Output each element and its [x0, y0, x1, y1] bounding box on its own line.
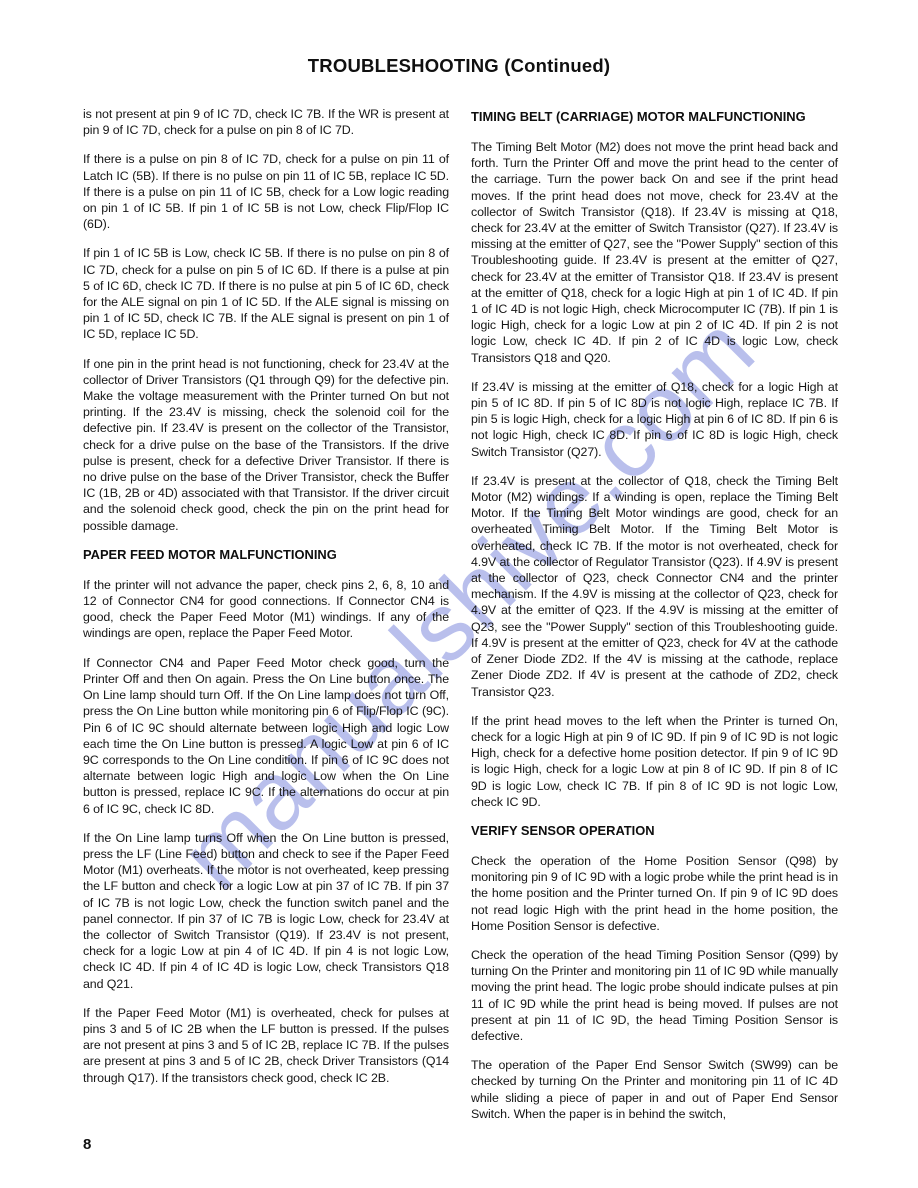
body-paragraph: If 23.4V is missing at the emitter of Q1… [471, 379, 838, 460]
body-paragraph: Check the operation of the Home Position… [471, 853, 838, 934]
manual-page: manualshive.com TROUBLESHOOTING (Continu… [0, 0, 918, 1188]
body-paragraph: If the On Line lamp turns Off when the O… [83, 830, 449, 992]
body-paragraph: is not present at pin 9 of IC 7D, check … [83, 106, 449, 138]
body-paragraph: The operation of the Paper End Sensor Sw… [471, 1057, 838, 1122]
section-heading: VERIFY SENSOR OPERATION [471, 823, 838, 838]
body-paragraph: Check the operation of the head Timing P… [471, 947, 838, 1044]
body-paragraph: If the printer will not advance the pape… [83, 577, 449, 642]
section-heading: TIMING BELT (CARRIAGE) MOTOR MALFUNCTION… [471, 109, 838, 124]
body-paragraph: If the Paper Feed Motor (M1) is overheat… [83, 1005, 449, 1086]
left-text-column: is not present at pin 9 of IC 7D, check … [83, 106, 449, 1099]
body-paragraph: If pin 1 of IC 5B is Low, check IC 5B. I… [83, 245, 449, 342]
body-paragraph: If the print head moves to the left when… [471, 713, 838, 810]
page-title: TROUBLESHOOTING (Continued) [0, 55, 918, 77]
section-heading: PAPER FEED MOTOR MALFUNCTIONING [83, 547, 449, 562]
body-paragraph: The Timing Belt Motor (M2) does not move… [471, 139, 838, 366]
body-paragraph: If Connector CN4 and Paper Feed Motor ch… [83, 655, 449, 817]
body-paragraph: If 23.4V is present at the collector of … [471, 473, 838, 700]
body-paragraph: If there is a pulse on pin 8 of IC 7D, c… [83, 151, 449, 232]
right-text-column: TIMING BELT (CARRIAGE) MOTOR MALFUNCTION… [471, 106, 838, 1135]
page-number: 8 [83, 1136, 91, 1153]
body-paragraph: If one pin in the print head is not func… [83, 356, 449, 534]
